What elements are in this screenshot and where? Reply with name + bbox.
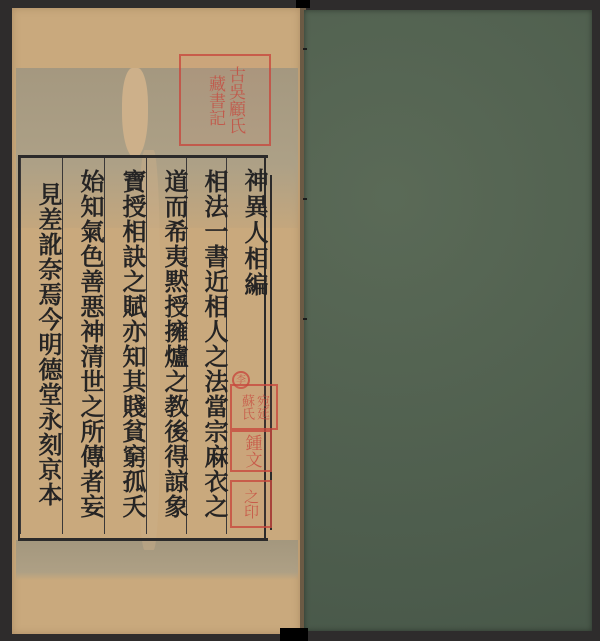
text-column-5: 見差訛奈焉今明德堂永刻京本 — [20, 158, 61, 534]
column-text: 見差訛奈焉今明德堂永刻京本 — [21, 158, 61, 530]
seal-2: 鍾文 — [230, 430, 272, 472]
title-column: 神異人相編 — [226, 158, 267, 534]
frame-rule-outer — [270, 175, 272, 530]
text-column-1: 相法一書近相人之法當宗麻衣之 — [186, 158, 227, 534]
title-text: 神異人相編 — [227, 158, 267, 308]
water-stain-bottom — [16, 540, 298, 580]
column-text: 道而希夷黙授擁爐之教後得諒象 — [147, 158, 187, 530]
corner-mark-bottom — [280, 628, 308, 641]
seal-1: 宛延蘇氏 — [230, 384, 278, 430]
collector-seal-top: 古吳顧氏藏書記 — [179, 54, 271, 146]
paper-tear — [122, 68, 148, 158]
right-cover-page — [304, 10, 592, 631]
text-column-4: 始知氣色善悪神清世之所傳者妄 — [62, 158, 103, 534]
seal-3: 之印 — [230, 480, 272, 528]
binding-stitch — [303, 318, 307, 320]
column-text: 始知氣色善悪神清世之所傳者妄 — [63, 158, 103, 530]
corner-mark-top — [296, 0, 310, 8]
column-text: 相法一書近相人之法當宗麻衣之 — [187, 158, 227, 530]
text-column-2: 道而希夷黙授擁爐之教後得諒象 — [146, 158, 187, 534]
binding-stitch — [303, 198, 307, 200]
text-column-3: 寶授相訣之賦亦知其賤貧窮孤夭 — [104, 158, 145, 534]
column-text: 寶授相訣之賦亦知其賤貧窮孤夭 — [105, 158, 145, 530]
binding-stitch — [303, 48, 307, 50]
